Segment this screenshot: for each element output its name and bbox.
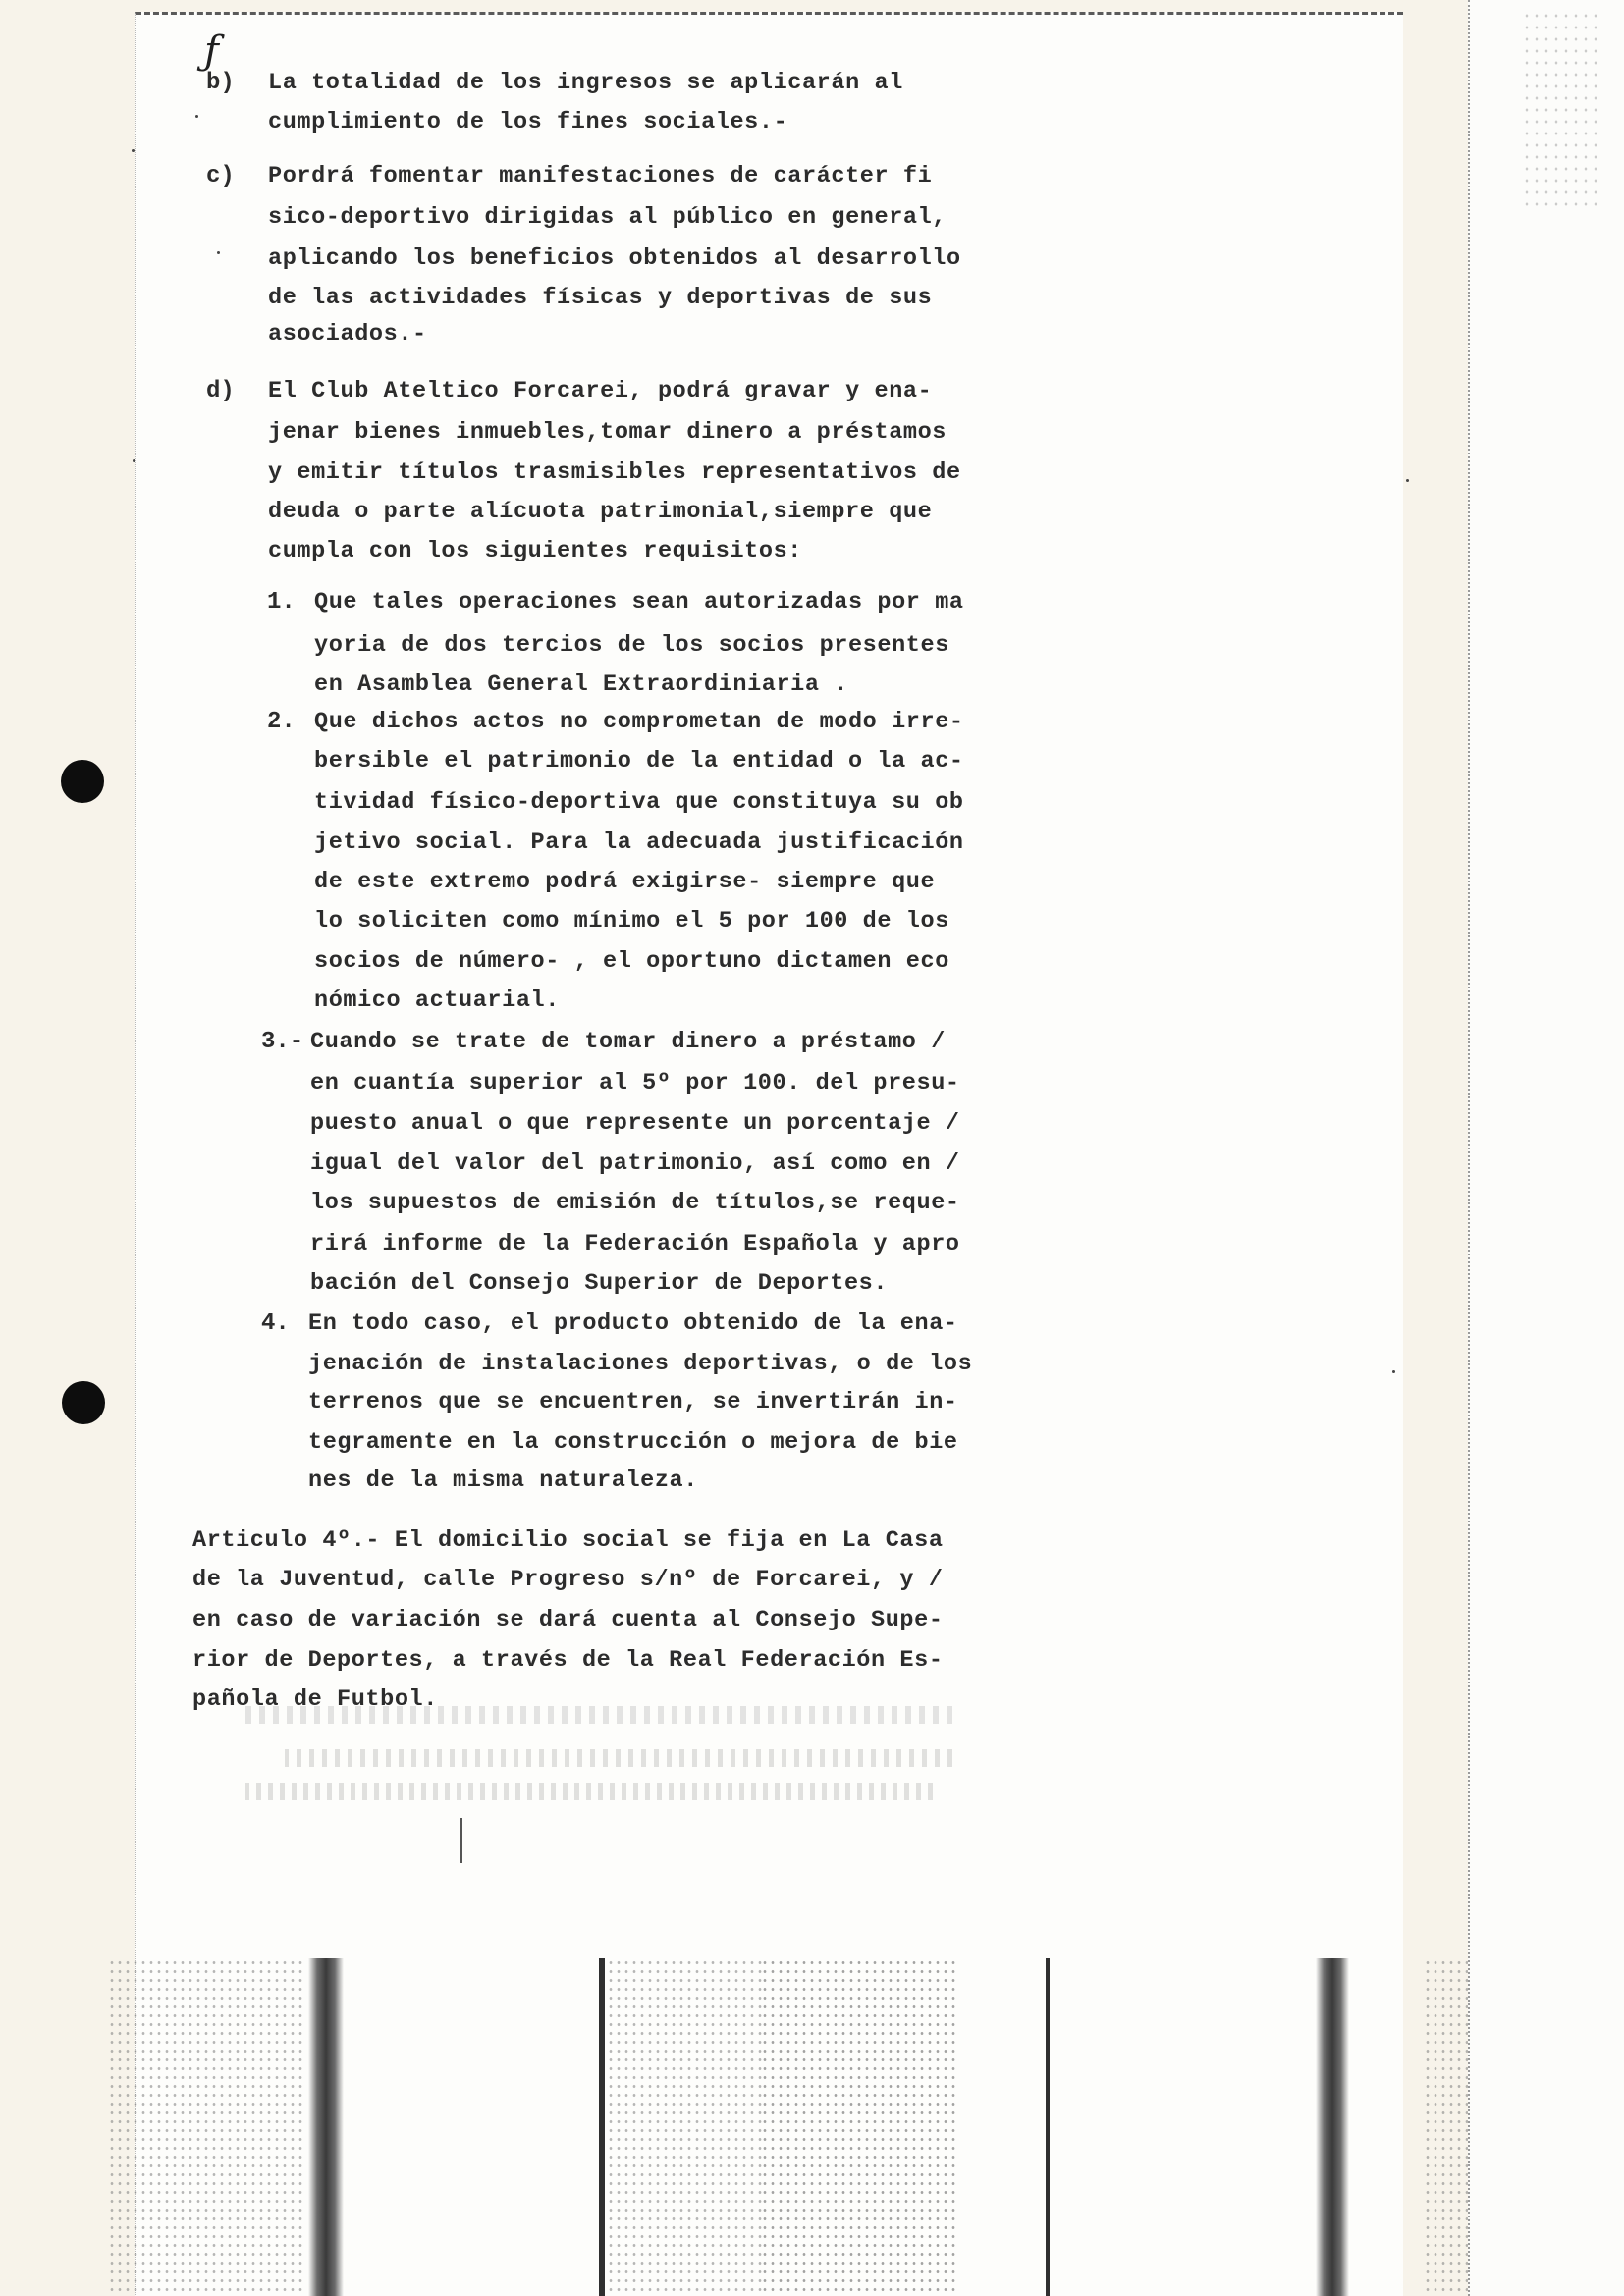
text-line: puesto anual o que represente un porcent… <box>310 1110 960 1138</box>
bleed-through-artifact <box>285 1749 952 1767</box>
text-line: sico-deportivo dirigidas al público en g… <box>268 204 947 232</box>
scan-speck <box>195 115 198 118</box>
text-line: de la Juventud, calle Progreso s/nº de F… <box>192 1567 944 1594</box>
text-line: yoria de dos tercios de los socios prese… <box>314 632 949 660</box>
text-line: deuda o parte alícuota patrimonial,siemp… <box>268 499 932 526</box>
text-line: igual del valor del patrimonio, así como… <box>310 1150 960 1178</box>
text-line: rior de Deportes, a través de la Real Fe… <box>192 1647 944 1675</box>
text-line: jenación de instalaciones deportivas, o … <box>308 1351 972 1378</box>
scan-band-artifact <box>108 1958 304 2296</box>
text-line: rirá informe de la Federación Española y… <box>310 1231 960 1258</box>
scan-mark <box>460 1818 462 1863</box>
text-line: Que tales operaciones sean autorizadas p… <box>314 589 964 616</box>
scan-edge-strip <box>1468 0 1624 2296</box>
text-line: aplicando los beneficios obtenidos al de… <box>268 245 961 273</box>
text-line: En todo caso, el producto obtenido de la… <box>308 1310 958 1338</box>
scan-band-artifact <box>599 1958 605 2296</box>
punch-hole <box>61 760 104 803</box>
scan-speck <box>1392 1370 1395 1373</box>
scan-band-artifact <box>1316 1958 1349 2296</box>
bleed-through-artifact <box>245 1783 933 1800</box>
scan-band-artifact <box>607 1958 764 2296</box>
text-line: los supuestos de emisión de títulos,se r… <box>310 1190 960 1217</box>
text-line: cumplimiento de los fines sociales.- <box>268 109 787 136</box>
punch-hole <box>62 1381 105 1424</box>
bleed-through-artifact <box>245 1706 952 1724</box>
text-line: en caso de variación se dará cuenta al C… <box>192 1607 944 1634</box>
text-line: de este extremo podrá exigirse- siempre … <box>314 869 935 896</box>
text-line: jetivo social. Para la adecuada justific… <box>314 829 964 857</box>
scan-speck <box>133 459 135 462</box>
text-line: bersible el patrimonio de la entidad o l… <box>314 748 964 775</box>
scan-speck <box>217 251 220 254</box>
text-line: cumpla con los siguientes requisitos: <box>268 538 802 565</box>
text-line: Cuando se trate de tomar dinero a présta… <box>310 1029 946 1056</box>
text-line: La totalidad de los ingresos se aplicará… <box>268 70 903 97</box>
scan-speck <box>132 149 135 152</box>
scan-band-artifact <box>1046 1958 1050 2296</box>
scan-band-artifact <box>308 1958 344 2296</box>
section-marker-d: d) <box>206 378 235 405</box>
text-line: nómico actuarial. <box>314 988 560 1015</box>
section-marker-c: c) <box>206 163 235 190</box>
text-line: nes de la misma naturaleza. <box>308 1468 698 1495</box>
scan-noise <box>1522 10 1600 206</box>
text-line: jenar bienes inmuebles,tomar dinero a pr… <box>268 419 947 447</box>
text-line: en cuantía superior al 5º por 100. del p… <box>310 1070 960 1097</box>
text-line: asociados.- <box>268 321 427 348</box>
text-line: lo soliciten como mínimo el 5 por 100 de… <box>314 908 949 935</box>
article-4-heading-line: Articulo 4º.- El domicilio social se fij… <box>192 1527 944 1555</box>
text-line: Que dichos actos no comprometan de modo … <box>314 709 964 736</box>
requirement-number: 4. <box>261 1310 290 1338</box>
section-marker-b: b) <box>206 70 235 97</box>
text-line: Pordrá fomentar manifestaciones de carác… <box>268 163 932 190</box>
text-line: de las actividades físicas y deportivas … <box>268 285 932 312</box>
text-line: terrenos que se encuentren, se invertirá… <box>308 1389 958 1416</box>
scan-band-artifact <box>761 1958 957 2296</box>
text-line: El Club Ateltico Forcarei, podrá gravar … <box>268 378 932 405</box>
text-line: tividad físico-deportiva que constituya … <box>314 789 964 817</box>
scan-speck <box>1406 479 1409 482</box>
requirement-number: 2. <box>267 709 296 736</box>
text-line: y emitir títulos trasmisibles representa… <box>268 459 961 487</box>
requirement-number: 3.- <box>261 1029 303 1056</box>
text-line: bación del Consejo Superior de Deportes. <box>310 1270 888 1298</box>
text-line: tegramente en la construcción o mejora d… <box>308 1429 958 1457</box>
handwritten-annotation: ƒ <box>204 31 219 71</box>
text-line: en Asamblea General Extraordiniaria . <box>314 671 848 699</box>
scan-band-artifact <box>1424 1958 1468 2296</box>
text-line: socios de número- , el oportuno dictamen… <box>314 948 949 976</box>
requirement-number: 1. <box>267 589 296 616</box>
